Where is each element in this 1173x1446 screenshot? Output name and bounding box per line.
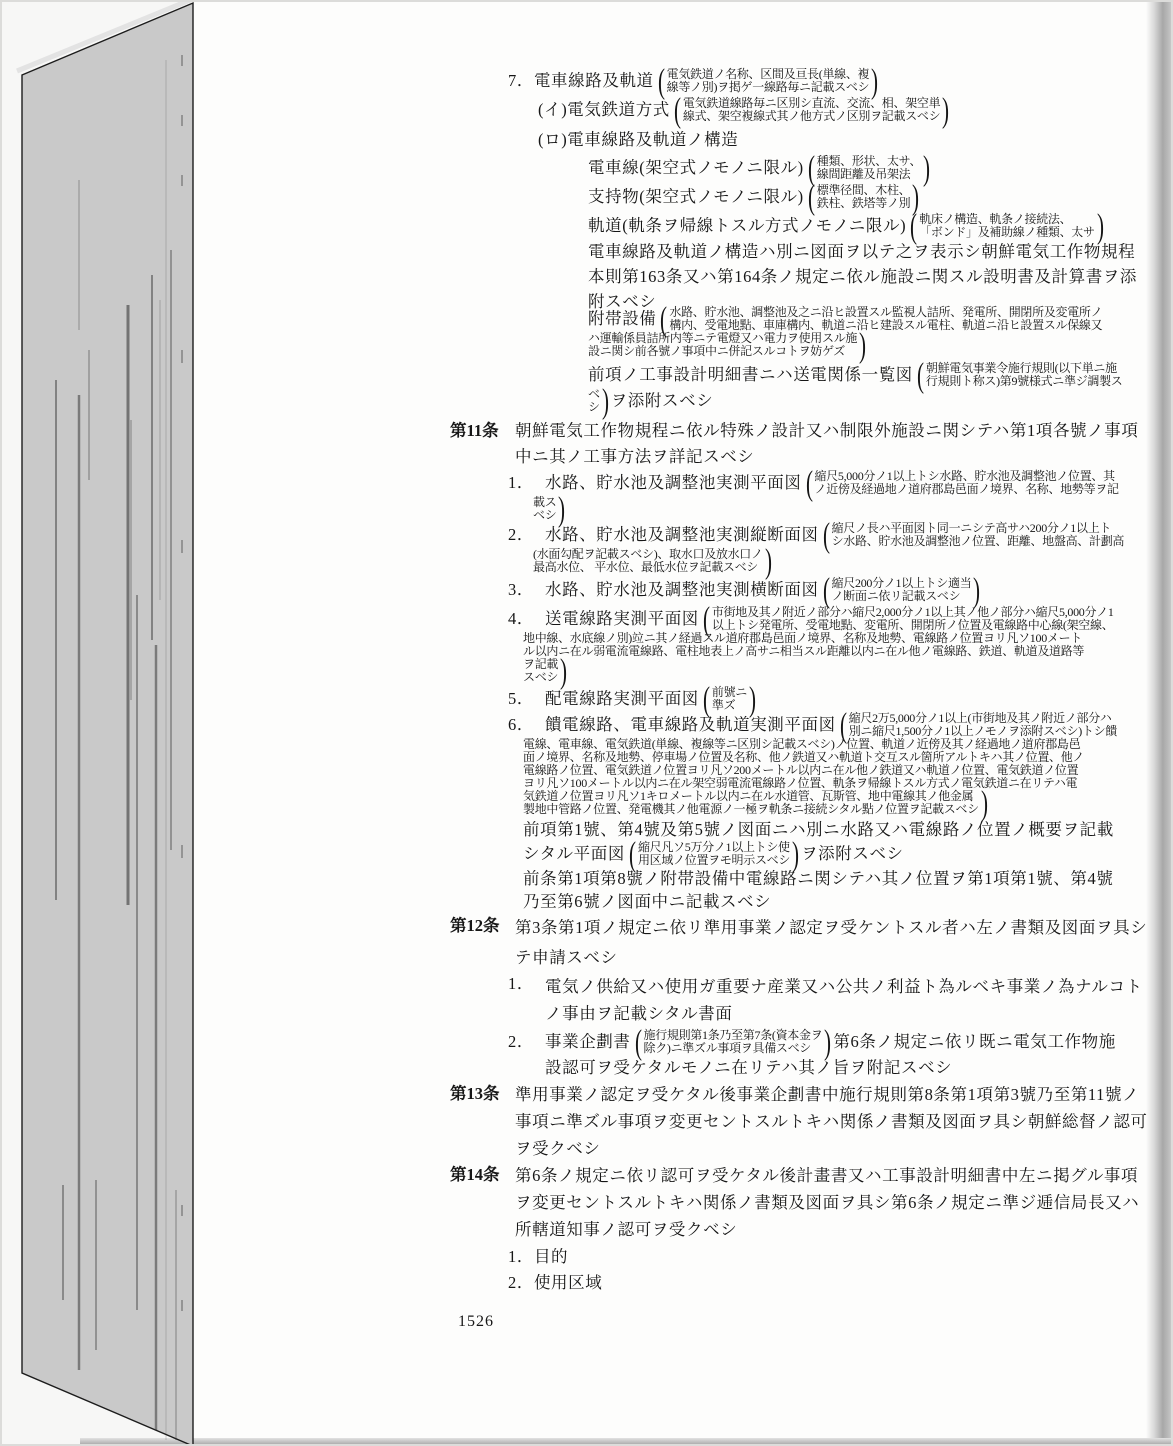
paren-open: (: [660, 302, 669, 336]
annotation-text: 電気鉄道ノ名称、区間及亘長(単線、複 線等ノ別)ヲ掲ゲ一線路毎ニ記載スベシ: [667, 68, 870, 94]
sub-title: 電気鉄道方式: [567, 99, 670, 121]
paren-close: ): [980, 786, 989, 820]
item7-number: 7．: [508, 70, 534, 92]
item-title: 送電線路実測平面図: [545, 608, 699, 630]
a11-item-4-continuation: 地中線、水底線ノ別)竝ニ其ノ経過スル道府郡島邑面ノ境界、名称及地勢、電線路ノ位置…: [523, 632, 1173, 658]
paren-close: ): [558, 492, 567, 526]
paren-open: (: [909, 209, 918, 243]
annotation-text: 水路、貯水池、調整池及之ニ沿ヒ設置スル監視人詰所、発電所、開閉所及変電所ノ 構内…: [669, 306, 1102, 332]
a11-item-6: 6． 饋電線路、電車線路及軌道実測平面図 ( 縮尺2万5,000分ノ1以上(市街…: [508, 712, 1173, 738]
annotation-text: ヲ記載 スベシ: [523, 658, 558, 684]
annotation-text: 市街地及其ノ附近ノ部分ハ縮尺2,000分ノ1以上其ノ他ノ部分ハ縮尺5,000分ノ…: [712, 606, 1114, 632]
item-number: 1．: [508, 472, 545, 494]
a11-item-3: 3． 水路、貯水池及調整池実測横断面図 ( 縮尺200分ノ1以上トシ適当 ノ断面…: [508, 577, 1173, 603]
annotation-text: 縮尺2万5,000分ノ1以上(市街地及其ノ附近ノ部分ハ 別ニ縮尺1,500分ノ1…: [849, 712, 1117, 738]
article-11: 第11条 朝鮮電気工作物規程ニ依ル特殊ノ設計又ハ制限外施設ニ関シテハ第1項各號ノ…: [450, 418, 1173, 470]
item-number: 2．: [508, 524, 545, 546]
tail-text: 第6条ノ規定ニ依リ既ニ電気工作物施: [833, 1031, 1115, 1053]
page-bottom-shadow: [80, 1438, 1173, 1446]
paren-close: ): [824, 1025, 833, 1059]
item-number: 3．: [508, 579, 545, 601]
article-13: 第13条 準用事業ノ認定ヲ受ケタル後事業企劃書中施行規則第8条第1項第3號乃至第…: [450, 1081, 1173, 1162]
article-body: 第3条第1項ノ規定ニ依リ準用事業ノ認定ヲ受ケントスル者ハ左ノ書類及図面ヲ具シ テ…: [515, 913, 1147, 973]
item-annotation: ( 縮尺2万5,000分ノ1以上(市街地及其ノ附近ノ部分ハ 別ニ縮尺1,500分…: [838, 712, 1117, 738]
item-annotation: ( 施行規則第1条乃至第7条(資本金ヲ 除ク)ニ準ズル事項ヲ具備スベシ ): [633, 1029, 834, 1055]
annotation-text: (水面勾配ヲ記載スベシ)、取水口及放水口ノ 最高水位、 平水位、最低水位ヲ記載ス…: [533, 548, 763, 574]
item-number: 6．: [508, 714, 545, 736]
a11-item-4-tail: ヲ記載 スベシ ): [523, 658, 1173, 684]
item-title: 水路、貯水池及調整池実測横断面図: [545, 579, 819, 601]
entry-title: 電車線(架空式ノモノニ限ル): [588, 157, 804, 179]
article-12: 第12条 第3条第1項ノ規定ニ依リ準用事業ノ認定ヲ受ケントスル者ハ左ノ書類及図面…: [450, 913, 1173, 973]
entry-annotation: ( 標準径間、木柱、 鉄柱、鉄塔等ノ別 ): [806, 184, 922, 210]
paren-close: ): [559, 654, 568, 688]
entry-title: 附帯設備: [588, 308, 656, 330]
paren-close: ): [942, 93, 951, 127]
paren-open: (: [822, 573, 831, 607]
futai-annotation-bottom: ハ運輸係員詰所内等ニテ電燈又ハ電力ヲ使用スル施 設ニ関シ前各號ノ事項中ニ併記スル…: [588, 332, 1173, 358]
paren-open: (: [839, 708, 848, 742]
paren-close: ): [858, 328, 867, 362]
annotation-text: 縮尺ノ長ハ平面図ト同一ニシテ高サハ200分ノ1以上ト シ水路、貯水池及調整池ノ位…: [832, 522, 1125, 548]
sub-i-annotation: ( 電気鉄道線路毎ニ区別シ直流、交流、相、架空単 線式、架空複線式其ノ他方式ノ区…: [672, 97, 951, 123]
item-number: 1．: [508, 973, 545, 995]
paragraph-annotation: ( 縮尺凡ソ5万分ノ1以上トシ使 用区域ノ位置ヲモ明示スベシ ): [627, 841, 801, 867]
item-text: 電気ノ供給又ハ使用ガ重要ナ産業又ハ公共ノ利益ト為ルベキ事業ノ為ナルコト ノ事由ヲ…: [545, 973, 1143, 1027]
item7-paragraph: 電車線路及軌道ノ構造ハ別ニ図面ヲ以テ之ヲ表示シ朝鮮電気工作物規程 本則第163条…: [588, 239, 1173, 314]
item-annotation: ( 縮尺200分ノ1以上トシ適当 ノ断面ニ依リ記載スベシ ): [821, 577, 983, 603]
page-text-content: 7． 電車線路及軌道 ( 電気鉄道ノ名称、区間及亘長(単線、複 線等ノ別)ヲ掲ゲ…: [0, 0, 1173, 1331]
item-title: 水路、貯水池及調整池実測縦断面図: [545, 524, 819, 546]
a14-item-2: 2．使用区域: [508, 1271, 1173, 1295]
paren-open: (: [805, 466, 814, 500]
a12-item-2: 2． 事業企劃書 ( 施行規則第1条乃至第7条(資本金ヲ 除ク)ニ準ズル事項ヲ具…: [508, 1029, 1173, 1055]
a11-item-2-tail: (水面勾配ヲ記載スベシ)、取水口及放水口ノ 最高水位、 平水位、最低水位ヲ記載ス…: [533, 548, 1173, 574]
futai-annotation-top: ( 水路、貯水池、調整池及之ニ沿ヒ設置スル監視人詰所、発電所、開閉所及変電所ノ …: [658, 306, 1102, 332]
paren-close: ): [922, 151, 931, 185]
annotation-text: 気鉄道ノ位置ヨリ凡ソ1キロメートル以内ニ在ル水道管、瓦斯管、地中電線其ノ他金属 …: [523, 790, 979, 816]
item-annotation: ( 市街地及其ノ附近ノ部分ハ縮尺2,000分ノ1以上其ノ他ノ部分ハ縮尺5,000…: [701, 606, 1114, 632]
a14-item-1: 1．目的: [508, 1245, 1173, 1269]
sub-label: (イ): [538, 99, 567, 121]
annotation-text: 縮尺200分ノ1以上トシ適当 ノ断面ニ依リ記載スベシ: [832, 577, 972, 603]
paren-close: ): [973, 573, 982, 607]
paren-close: ): [601, 384, 610, 418]
item-number: 2．: [508, 1031, 545, 1053]
sub-title: 電車線路及軌道ノ構造: [567, 129, 738, 151]
a11-item-2: 2． 水路、貯水池及調整池実測縦断面図 ( 縮尺ノ長ハ平面図ト同一ニシテ高サハ2…: [508, 522, 1173, 548]
page-number: 1526: [458, 1313, 1173, 1331]
entry-title: 前項ノ工事設計明細書ニハ送電関係一覧図: [588, 364, 913, 386]
a11-item-1-tail: 載ス ベシ ): [533, 496, 1173, 522]
zenko-tail-line: ベ シ ) ヲ添附スベシ: [588, 388, 1173, 414]
paren-open: (: [673, 93, 682, 127]
paren-open: (: [916, 358, 925, 392]
a11-closing-paragraph-2: 前条第1項第8號ノ附帯設備中電線路ニ関シテハ其ノ位置ヲ第1項第1號、第4號 乃至…: [523, 867, 1173, 913]
annotation-text: 軌床ノ構造、軌条ノ接続法、 「ボンド」及補助線ノ種類、太サ: [919, 213, 1095, 239]
annotation-text: 標準径間、木柱、 鉄柱、鉄塔等ノ別: [817, 184, 911, 210]
paren-open: (: [822, 518, 831, 552]
annotation-text: 縮尺凡ソ5万分ノ1以上トシ使 用区域ノ位置ヲモ明示スベシ: [638, 841, 790, 867]
annotation-text: 電気鉄道線路毎ニ区別シ直流、交流、相、架空単 線式、架空複線式其ノ他方式ノ区別ヲ…: [683, 97, 940, 123]
shijibutsu-line: 支持物(架空式ノモノニ限ル) ( 標準径間、木柱、 鉄柱、鉄塔等ノ別 ): [588, 184, 1173, 210]
item-title: 配電線路実測平面図: [545, 688, 699, 710]
item-title: 水路、貯水池及調整池実測平面図: [545, 472, 802, 494]
paren-open: (: [702, 602, 711, 636]
paren-close: ): [764, 544, 773, 578]
item-number: 5．: [508, 688, 545, 710]
a11-closing-paragraph-1b: シタル平面図 ( 縮尺凡ソ5万分ノ1以上トシ使 用区域ノ位置ヲモ明示スベシ ) …: [523, 841, 1173, 867]
article-14: 第14条 第6条ノ規定ニ依リ認可ヲ受ケタル後計畫書又ハ工事設計明細書中左ニ掲グル…: [450, 1162, 1173, 1243]
article-label: 第11条: [450, 418, 515, 444]
item-annotation: ( 縮尺ノ長ハ平面図ト同一ニシテ高サハ200分ノ1以上ト シ水路、貯水池及調整池…: [821, 522, 1125, 548]
article-label: 第14条: [450, 1162, 515, 1188]
entry-annotation: ( 軌床ノ構造、軌条ノ接続法、 「ボンド」及補助線ノ種類、太サ ): [908, 213, 1106, 239]
paren-open: (: [634, 1025, 643, 1059]
paren-close: ): [870, 64, 879, 98]
item-title: 饋電線路、電車線路及軌道実測平面図: [545, 714, 836, 736]
article-body: 朝鮮電気工作物規程ニ依ル特殊ノ設計又ハ制限外施設ニ関シテハ第1項各號ノ事項 中ニ…: [515, 418, 1138, 470]
entry-title: 軌道(軌条ヲ帰線トスル方式ノモノニ限ル): [588, 215, 906, 237]
paren-close: ): [1096, 209, 1105, 243]
kido-line: 軌道(軌条ヲ帰線トスル方式ノモノニ限ル) ( 軌床ノ構造、軌条ノ接続法、 「ボン…: [588, 213, 1173, 239]
a11-item-6-tail: 気鉄道ノ位置ヨリ凡ソ1キロメートル以内ニ在ル水道管、瓦斯管、地中電線其ノ他金属 …: [523, 790, 1173, 816]
zenko-annotation: ( 朝鮮電気事業令施行規則(以下単ニ施 行規則ト称ス)第9號様式ニ準ジ調製ス: [915, 362, 1123, 388]
paren-open: (: [702, 682, 711, 716]
lead-text: シタル平面図: [523, 843, 625, 865]
densha-line: 電車線(架空式ノモノニ限ル) ( 種類、形状、太サ、 線間距離及吊架法 ): [588, 155, 1173, 181]
a11-item-4: 4． 送電線路実測平面図 ( 市街地及其ノ附近ノ部分ハ縮尺2,000分ノ1以上其…: [508, 606, 1173, 632]
a11-item-6-continuation: 電線、電車線、電気鉄道(単線、複線等ニ区別シ記載スベシ)ノ位置、軌道ノ近傍及其ノ…: [523, 738, 1173, 790]
paren-open: (: [807, 180, 816, 214]
a11-closing-paragraph-1: 前項第1號、第4號及第5號ノ図面ニハ別ニ水路又ハ電線路ノ位置ノ概要ヲ記載: [523, 818, 1173, 841]
annotation-text: 前號ニ 準ズ: [712, 686, 747, 712]
scanned-book-page: { "colors":{"page_bg":"#fdfdfc","text":"…: [0, 0, 1173, 1446]
entry-title: 支持物(架空式ノモノニ限ル): [588, 186, 804, 208]
annotation-text: ベ シ: [588, 388, 600, 414]
annotation-text: 縮尺5,000分ノ1以上トシ水路、貯水池及調整池ノ位置、其 ノ近傍及経過地ノ道府…: [815, 470, 1119, 496]
zenko-line: 前項ノ工事設計明細書ニハ送電関係一覧図 ( 朝鮮電気事業令施行規則(以下単ニ施 …: [588, 362, 1173, 388]
annotation-text: 種類、形状、太サ、 線間距離及吊架法: [817, 155, 921, 181]
a11-item-1: 1． 水路、貯水池及調整池実測平面図 ( 縮尺5,000分ノ1以上トシ水路、貯水…: [508, 470, 1173, 496]
tail-text: ヲ添附スベシ: [801, 843, 904, 865]
item7-heading: 7． 電車線路及軌道 ( 電気鉄道ノ名称、区間及亘長(単線、複 線等ノ別)ヲ掲ゲ…: [508, 68, 1173, 94]
a12-item-1: 1． 電気ノ供給又ハ使用ガ重要ナ産業又ハ公共ノ利益ト為ルベキ事業ノ為ナルコト ノ…: [508, 973, 1173, 1027]
futai-setsubi-line: 附帯設備 ( 水路、貯水池、調整池及之ニ沿ヒ設置スル監視人詰所、発電所、開閉所及…: [588, 306, 1173, 332]
annotation-text: 載ス ベシ: [533, 496, 556, 522]
annotation-text: 朝鮮電気事業令施行規則(以下単ニ施 行規則ト称ス)第9號様式ニ準ジ調製ス: [926, 362, 1123, 388]
article-body: 第6条ノ規定ニ依リ認可ヲ受ケタル後計畫書又ハ工事設計明細書中左ニ掲グル事項 ヲ変…: [515, 1162, 1139, 1243]
item7-title: 電車線路及軌道: [534, 70, 654, 92]
paren-close: ): [791, 837, 800, 871]
paren-close: ): [748, 682, 757, 716]
annotation-text: 施行規則第1条乃至第7条(資本金ヲ 除ク)ニ準ズル事項ヲ具備スベシ: [644, 1029, 823, 1055]
article-body: 準用事業ノ認定ヲ受ケタル後事業企劃書中施行規則第8条第1項第3號乃至第11號ノ …: [515, 1081, 1148, 1162]
article-label: 第13条: [450, 1081, 515, 1107]
sub-label: (ロ): [538, 129, 567, 151]
item7-annotation: ( 電気鉄道ノ名称、区間及亘長(単線、複 線等ノ別)ヲ掲ゲ一線路毎ニ記載スベシ …: [656, 68, 881, 94]
item7-sub-i: (イ) 電気鉄道方式 ( 電気鉄道線路毎ニ区別シ直流、交流、相、架空単 線式、架…: [538, 97, 1173, 123]
item-annotation: ( 前號ニ 準ズ ): [701, 686, 758, 712]
item-title: 事業企劃書: [545, 1031, 631, 1053]
item7-sub-ro: (ロ) 電車線路及軌道ノ構造: [538, 129, 1173, 151]
article-label: 第12条: [450, 913, 515, 939]
paren-open: (: [657, 64, 666, 98]
item-number: 4．: [508, 608, 545, 630]
tail-text: ヲ添附スベシ: [611, 390, 714, 412]
item-annotation: ( 縮尺5,000分ノ1以上トシ水路、貯水池及調整池ノ位置、其 ノ近傍及経過地ノ…: [804, 470, 1119, 496]
paren-open: (: [628, 837, 637, 871]
annotation-text: ハ運輸係員詰所内等ニテ電燈又ハ電力ヲ使用スル施 設ニ関シ前各號ノ事項中ニ併記スル…: [588, 332, 857, 358]
